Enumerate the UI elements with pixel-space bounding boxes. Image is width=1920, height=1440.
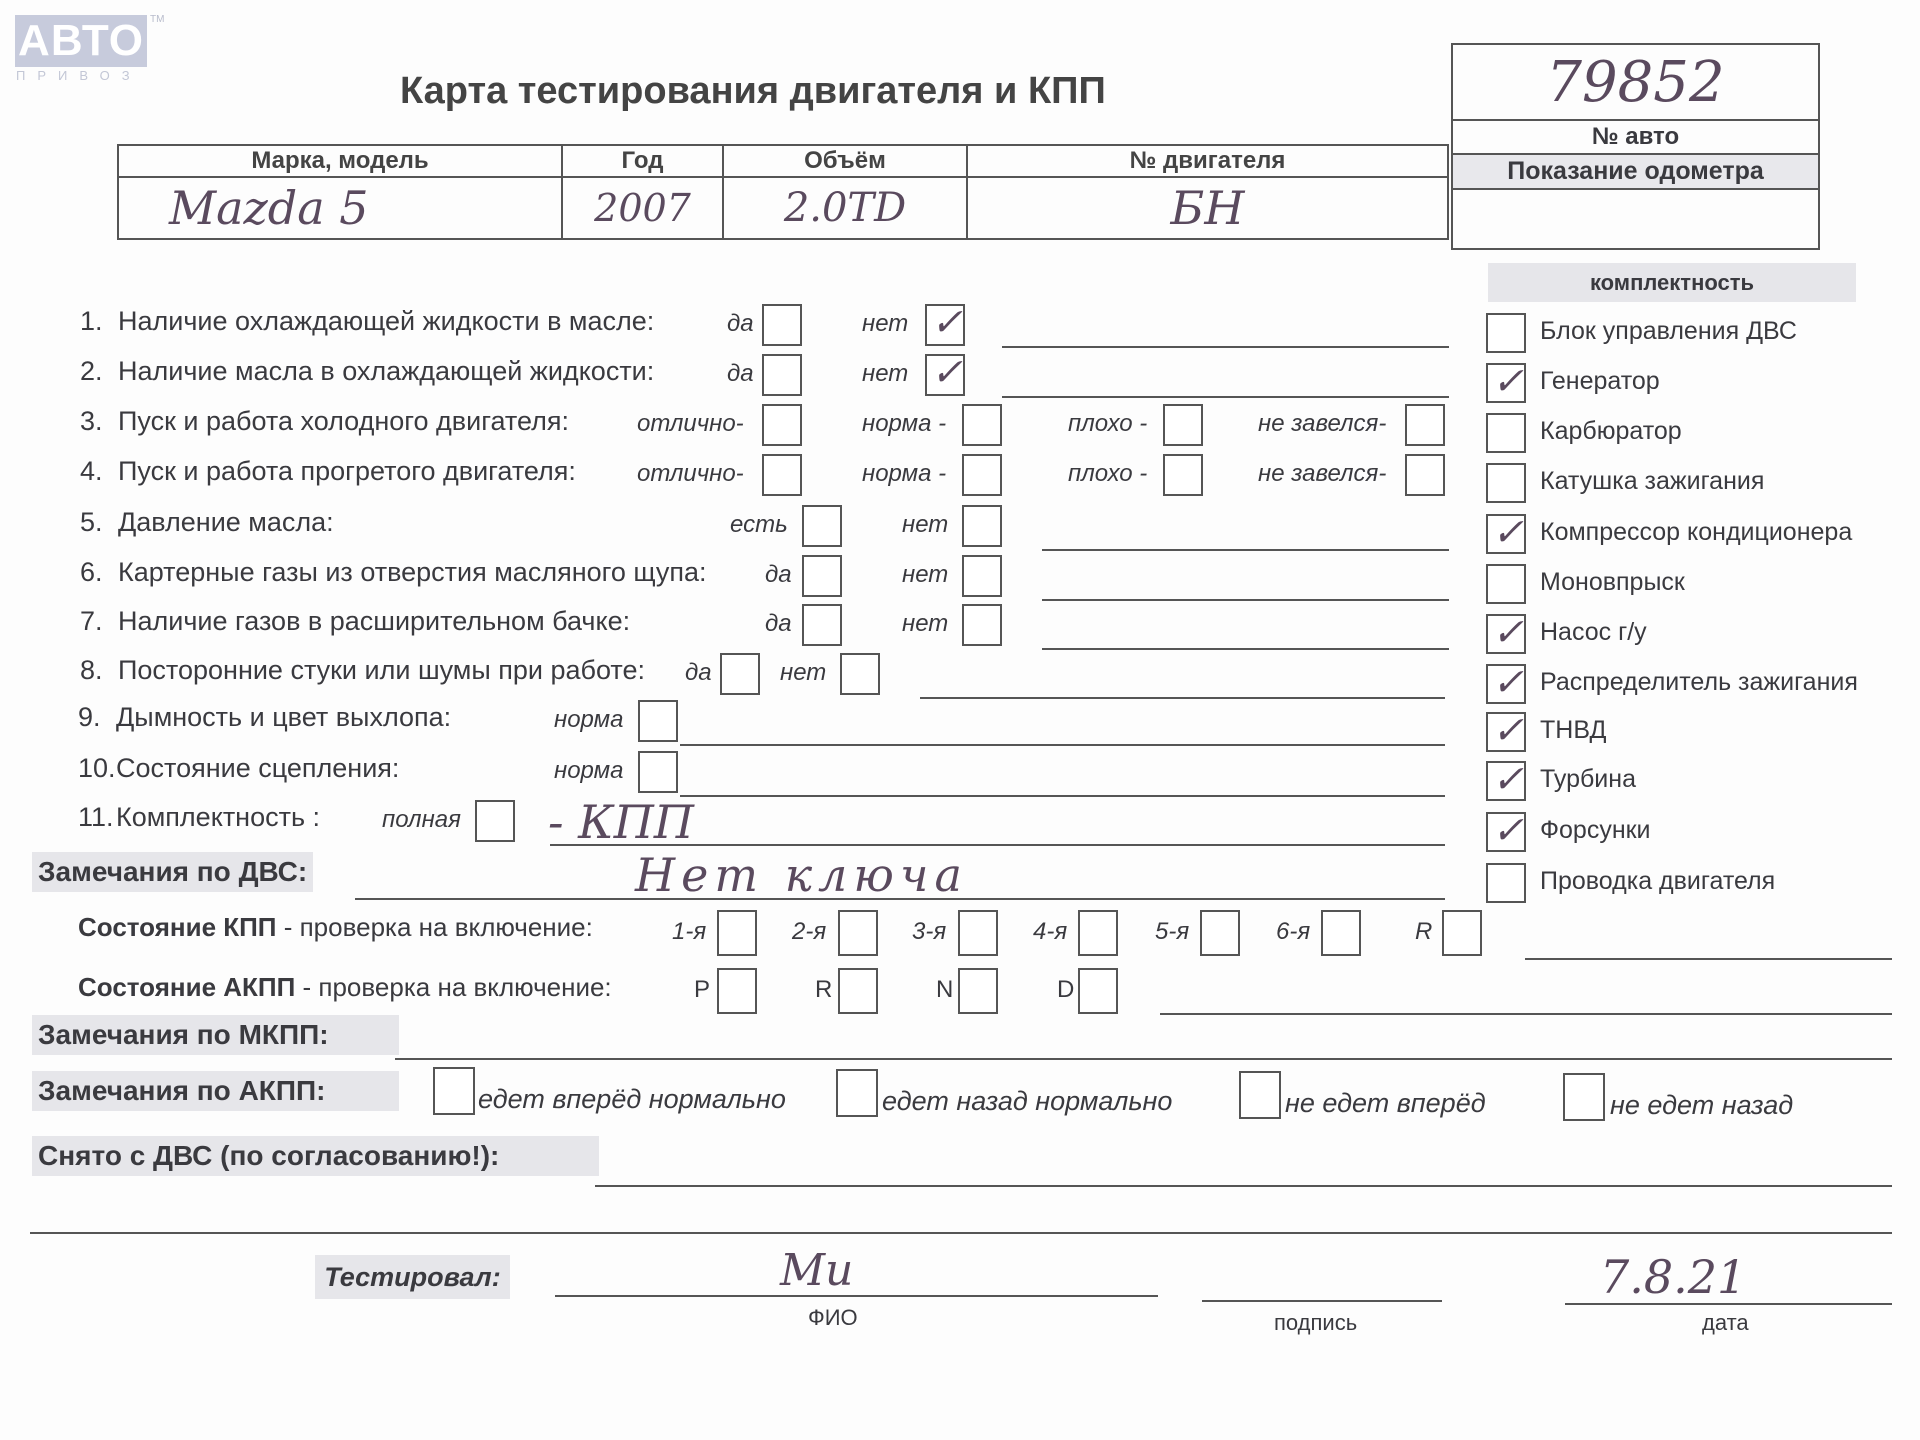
check-label: Картерные газы из отверстия масляного щу… — [118, 557, 707, 587]
dvs-remarks-field[interactable]: Нет ключа — [635, 848, 968, 902]
car-number-field[interactable]: 79852 — [1452, 44, 1819, 120]
logo-subtitle: ПРИВОЗ — [16, 68, 142, 83]
option-label: нет — [902, 511, 948, 539]
vehicle-info-table: Марка, модель Год Объём № двигателя Mazd… — [117, 144, 1449, 240]
removed-line-2[interactable] — [30, 1232, 1892, 1234]
check-label: Состояние сцепления: — [116, 753, 399, 783]
completeness-item-label: Карбюратор — [1540, 417, 1682, 446]
check-5-notes-line[interactable] — [1042, 549, 1449, 551]
check-11-option-1[interactable] — [475, 800, 515, 842]
kpp-check-label-bold: Состояние КПП — [78, 912, 277, 942]
completeness-note: - КПП — [548, 795, 694, 849]
option-label: нет — [862, 310, 908, 338]
akpp-gear-label: D — [1057, 976, 1074, 1004]
completeness-checkbox-4[interactable] — [1486, 463, 1526, 503]
completeness-item-label: Насос г/у — [1540, 618, 1647, 647]
header-engine-number: № двигателя — [967, 145, 1448, 177]
kpp-gear-checkbox-1[interactable] — [717, 910, 757, 956]
completeness-checkbox-10[interactable] — [1486, 761, 1526, 801]
akpp-remark-checkbox-2[interactable] — [836, 1069, 878, 1117]
check-4-option-4[interactable] — [1405, 454, 1445, 496]
check-number: 6. — [80, 557, 118, 588]
check-9-option-1[interactable] — [638, 700, 678, 742]
option-label: отлично- — [637, 460, 744, 488]
kpp-gear-label: 1-я — [672, 918, 706, 946]
check-row-8: 8.Посторонние стуки или шумы при работе: — [80, 655, 645, 686]
removed-label: Снято с ДВС (по согласованию!): — [32, 1136, 599, 1176]
date-field[interactable]: 7.8.21 — [1600, 1250, 1746, 1304]
check-10-notes-line[interactable] — [680, 795, 1445, 797]
check-row-5: 5.Давление масла: — [80, 507, 334, 538]
kpp-check-label: Состояние КПП - проверка на включение: — [78, 912, 593, 943]
check-number: 7. — [80, 606, 118, 637]
completeness-checkbox-2[interactable] — [1486, 363, 1526, 403]
check-5-option-2[interactable] — [962, 505, 1002, 547]
kpp-gear-label: 5-я — [1155, 918, 1189, 946]
akpp-check-label-bold: Состояние АКПП — [78, 972, 295, 1002]
option-label: да — [765, 561, 792, 589]
logo-trademark: TM — [150, 14, 164, 25]
check-10-option-1[interactable] — [638, 751, 678, 793]
option-label: плохо - — [1068, 410, 1147, 438]
completeness-checkbox-1[interactable] — [1486, 313, 1526, 353]
check-2-option-1[interactable] — [762, 354, 802, 396]
check-2-notes-line[interactable] — [1002, 396, 1449, 398]
completeness-item-label: Распределитель зажигания — [1540, 668, 1858, 697]
check-1-option-1[interactable] — [762, 304, 802, 346]
date-caption: дата — [1702, 1310, 1749, 1336]
completeness-item-label: Катушка зажигания — [1540, 467, 1764, 496]
kpp-gear-label: 6-я — [1276, 918, 1310, 946]
akpp-check-label: Состояние АКПП - проверка на включение: — [78, 972, 612, 1003]
check-row-11: 11.Комплектность : — [78, 802, 320, 833]
option-label: да — [765, 610, 792, 638]
check-row-1: 1.Наличие охлаждающей жидкости в масле: — [80, 306, 654, 337]
signature-caption: подпись — [1274, 1310, 1357, 1336]
odometer-label: Показание одометра — [1452, 154, 1819, 189]
kpp-gear-checkbox-7[interactable] — [1442, 910, 1482, 956]
check-number: 1. — [80, 306, 118, 337]
check-label: Пуск и работа прогретого двигателя: — [118, 456, 576, 486]
car-number-table: 79852 № авто Показание одометра — [1451, 43, 1820, 250]
odometer-field[interactable] — [1452, 189, 1819, 249]
check-3-option-2[interactable] — [962, 404, 1002, 446]
option-label: плохо - — [1068, 460, 1147, 488]
option-label: да — [727, 310, 754, 338]
check-3-option-1[interactable] — [762, 404, 802, 446]
akpp-remark-label: не едет вперёд — [1285, 1088, 1486, 1119]
check-3-option-4[interactable] — [1405, 404, 1445, 446]
check-2-option-2[interactable] — [925, 354, 965, 396]
page-title: Карта тестирования двигателя и КПП — [400, 70, 1180, 113]
check-number: 2. — [80, 356, 118, 387]
completeness-item-label: Блок управления ДВС — [1540, 317, 1797, 346]
check-number: 5. — [80, 507, 118, 538]
check-label: Дымность и цвет выхлопа: — [116, 702, 451, 732]
check-label: Давление масла: — [118, 507, 334, 537]
completeness-item-label: ТНВД — [1540, 716, 1606, 745]
check-row-4: 4.Пуск и работа прогретого двигателя: — [80, 456, 576, 487]
option-label: да — [727, 360, 754, 388]
akpp-remark-label: едет назад нормально — [882, 1086, 1172, 1117]
volume-field[interactable]: 2.0TD — [723, 177, 967, 239]
check-number: 10. — [78, 753, 116, 784]
kpp-gear-checkbox-6[interactable] — [1321, 910, 1361, 956]
option-label: нет — [862, 360, 908, 388]
akpp-remark-label: едет вперёд нормально — [478, 1084, 786, 1115]
header-year: Год — [562, 145, 723, 177]
check-5-option-1[interactable] — [802, 505, 842, 547]
akpp-gear-label: P — [694, 976, 710, 1004]
mkpp-remarks-label: Замечания по МКПП: — [32, 1015, 399, 1055]
completeness-checkbox-5[interactable] — [1486, 514, 1526, 554]
completeness-item-label: Моновпрыск — [1540, 568, 1685, 597]
kpp-gear-checkbox-4[interactable] — [1078, 910, 1118, 956]
akpp-line — [1160, 1013, 1892, 1015]
completeness-item-label: Проводка двигателя — [1540, 867, 1775, 896]
check-7-option-2[interactable] — [962, 604, 1002, 646]
kpp-gear-checkbox-5[interactable] — [1200, 910, 1240, 956]
completeness-item-label: Генератор — [1540, 367, 1660, 396]
check-label: Наличие охлаждающей жидкости в масле: — [118, 306, 654, 336]
akpp-gear-label: N — [936, 976, 953, 1004]
option-label: да — [685, 659, 712, 687]
option-label: не завелся- — [1258, 460, 1386, 488]
check-number: 8. — [80, 655, 118, 686]
check-1-notes-line[interactable] — [1002, 346, 1449, 348]
option-label: норма - — [862, 460, 946, 488]
option-label: нет — [902, 610, 948, 638]
completeness-item-label: Турбина — [1540, 765, 1636, 794]
logo: АВТО — [15, 15, 147, 67]
akpp-check-label-rest: - проверка на включение: — [295, 972, 611, 1002]
completeness-checkbox-9[interactable] — [1486, 712, 1526, 752]
check-row-9: 9.Дымность и цвет выхлопа: — [78, 702, 451, 733]
option-label: норма - — [862, 410, 946, 438]
kpp-gear-checkbox-3[interactable] — [958, 910, 998, 956]
check-4-option-3[interactable] — [1163, 454, 1203, 496]
check-4-option-2[interactable] — [962, 454, 1002, 496]
option-label: не завелся- — [1258, 410, 1386, 438]
kpp-line — [1525, 958, 1892, 960]
option-label: нет — [780, 659, 826, 687]
check-8-option-2[interactable] — [840, 653, 880, 695]
check-6-notes-line[interactable] — [1042, 599, 1449, 601]
check-label: Наличие газов в расширительном бачке: — [118, 606, 630, 636]
completeness-checkbox-3[interactable] — [1486, 413, 1526, 453]
option-label: полная — [382, 806, 461, 834]
check-number: 4. — [80, 456, 118, 487]
completeness-checkbox-7[interactable] — [1486, 614, 1526, 654]
check-3-option-3[interactable] — [1163, 404, 1203, 446]
kpp-gear-label: R — [1415, 918, 1432, 946]
header-make-model: Марка, модель — [118, 145, 562, 177]
check-7-option-1[interactable] — [802, 604, 842, 646]
check-9-notes-line[interactable] — [680, 744, 1445, 746]
check-label: Пуск и работа холодного двигателя: — [118, 406, 569, 436]
check-1-option-2[interactable] — [925, 304, 965, 346]
check-7-notes-line[interactable] — [1042, 648, 1449, 650]
kpp-gear-label: 3-я — [912, 918, 946, 946]
fio-field[interactable]: Ми — [780, 1245, 853, 1296]
mkpp-remarks-line[interactable] — [395, 1058, 1892, 1060]
check-row-6: 6.Картерные газы из отверстия масляного … — [80, 557, 707, 588]
check-label: Наличие масла в охлаждающей жидкости: — [118, 356, 654, 386]
check-number: 9. — [78, 702, 116, 733]
check-8-option-1[interactable] — [720, 653, 760, 695]
engine-number-field[interactable]: БН — [967, 177, 1448, 239]
akpp-gear-label: R — [815, 976, 832, 1004]
kpp-check-label-rest: - проверка на включение: — [277, 912, 593, 942]
completeness-checkbox-12[interactable] — [1486, 863, 1526, 903]
check-6-option-1[interactable] — [802, 555, 842, 597]
check-number: 11. — [78, 802, 116, 833]
check-4-option-1[interactable] — [762, 454, 802, 496]
check-row-3: 3.Пуск и работа холодного двигателя: — [80, 406, 569, 437]
dvs-remarks-label: Замечания по ДВС: — [32, 852, 313, 892]
kpp-gear-checkbox-2[interactable] — [838, 910, 878, 956]
completeness-checkbox-6[interactable] — [1486, 564, 1526, 604]
akpp-remark-checkbox-1[interactable] — [433, 1067, 475, 1115]
option-label: есть — [730, 511, 788, 539]
fio-line — [555, 1295, 1158, 1297]
fio-caption: ФИО — [808, 1305, 858, 1331]
check-8-notes-line[interactable] — [920, 697, 1445, 699]
akpp-gear-checkbox-4[interactable] — [1078, 968, 1118, 1014]
year-field[interactable]: 2007 — [562, 177, 723, 239]
tested-by-label: Тестировал: — [315, 1255, 510, 1299]
akpp-remark-checkbox-4[interactable] — [1563, 1073, 1605, 1121]
akpp-remark-label: не едет назад — [1610, 1090, 1793, 1121]
check-label: Комплектность : — [116, 802, 320, 832]
completeness-checkbox-11[interactable] — [1486, 812, 1526, 852]
completeness-checkbox-8[interactable] — [1486, 664, 1526, 704]
completeness-header: комплектность — [1488, 263, 1856, 302]
akpp-gear-checkbox-1[interactable] — [717, 968, 757, 1014]
check-row-2: 2.Наличие масла в охлаждающей жидкости: — [80, 356, 654, 387]
option-label: отлично- — [637, 410, 744, 438]
kpp-gear-label: 2-я — [792, 918, 826, 946]
signature-line[interactable] — [1202, 1300, 1442, 1302]
car-number-label: № авто — [1452, 120, 1819, 154]
completeness-item-label: Форсунки — [1540, 816, 1651, 845]
completeness-item-label: Компрессор кондиционера — [1540, 518, 1852, 547]
option-label: нет — [902, 561, 948, 589]
option-label: норма — [554, 757, 623, 785]
check-row-7: 7.Наличие газов в расширительном бачке: — [80, 606, 630, 637]
removed-line[interactable] — [595, 1185, 1892, 1187]
check-6-option-2[interactable] — [962, 555, 1002, 597]
akpp-remark-checkbox-3[interactable] — [1239, 1071, 1281, 1119]
make-model-field[interactable]: Mazda 5 — [118, 177, 562, 239]
check-row-10: 10.Состояние сцепления: — [78, 753, 399, 784]
kpp-gear-label: 4-я — [1033, 918, 1067, 946]
akpp-gear-checkbox-3[interactable] — [958, 968, 998, 1014]
option-label: норма — [554, 706, 623, 734]
check-number: 3. — [80, 406, 118, 437]
header-volume: Объём — [723, 145, 967, 177]
akpp-remarks-label: Замечания по АКПП: — [32, 1071, 399, 1111]
check-label: Посторонние стуки или шумы при работе: — [118, 655, 645, 685]
akpp-gear-checkbox-2[interactable] — [838, 968, 878, 1014]
